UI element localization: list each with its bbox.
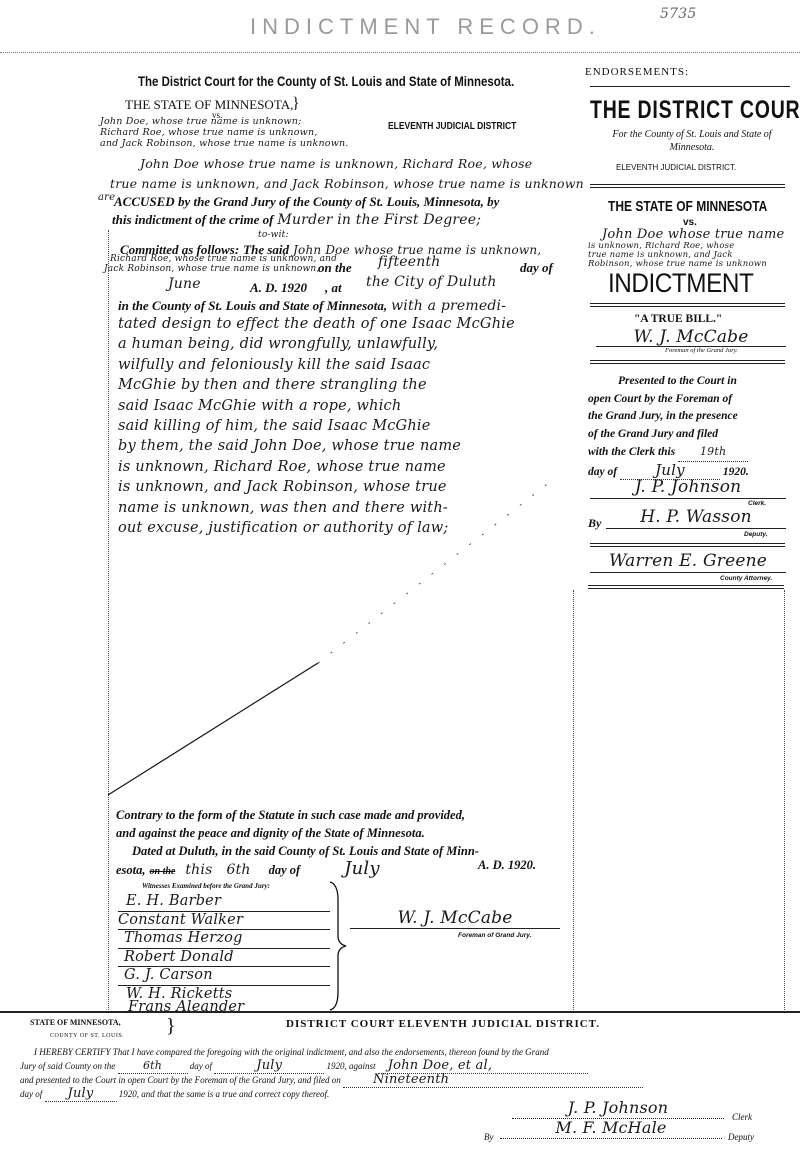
district-label-right: ELEVENTH JUDICIAL DISTRICT. — [616, 163, 736, 172]
cert-filed-day-handwritten: Nineteenth — [343, 1073, 643, 1088]
place-handwritten: the City of Duluth — [366, 274, 497, 290]
county-text: in the County of St. Louis and State of … — [118, 298, 387, 313]
true-bill-foreman-signature: W. J. McCabe — [596, 328, 786, 347]
indictment-title: INDICTMENT — [608, 268, 753, 299]
witness-name: Constant Walker — [118, 912, 330, 931]
defendant-handwritten-3: Jack Robinson, whose true name is unknow… — [104, 264, 319, 274]
day-of: day of — [520, 258, 553, 278]
witness-brace — [326, 880, 350, 1012]
cert-line4-prefix: day of — [20, 1089, 42, 1099]
presented-line: open Court by the Foreman of — [588, 391, 793, 409]
cert-line-1: I HEREBY CERTIFY That I have compared th… — [20, 1045, 790, 1059]
accused-text: ACCUSED by the Grand Jury of the County … — [114, 192, 499, 212]
witness-name: Thomas Herzog — [118, 930, 330, 949]
dated-this: this — [185, 862, 212, 878]
margin-are: are — [98, 192, 115, 203]
defendants-handwritten-right: John Doe whose true name is unknown, Ric… — [588, 228, 800, 269]
endorse-margin-right — [784, 590, 785, 1010]
deputy-signature: H. P. Wasson — [606, 506, 786, 529]
endorse-divider — [588, 585, 784, 589]
defendant-line: John Doe whose true name — [588, 228, 800, 242]
district-label: ELEVENTH JUDICIAL DISTRICT — [388, 121, 516, 132]
witness-name: Frans Aleander — [118, 999, 330, 1017]
record-title: INDICTMENT RECORD. — [250, 14, 601, 40]
endorse-divider — [590, 86, 790, 87]
presented-line: Presented to the Court in — [588, 373, 793, 391]
at-label: , at — [325, 278, 342, 298]
certificate-divider — [0, 1011, 800, 1013]
defendant-handwritten-2: Richard Roe, whose true name is unknown,… — [110, 254, 337, 264]
cert-line2-prefix: Jury of said County on the — [20, 1061, 115, 1071]
presented-line: of the Grand Jury and filed — [588, 426, 793, 444]
narrative-line: tated design to effect the death of one … — [118, 314, 558, 334]
narrative-line: said Isaac McGhie with a rope, which — [118, 396, 558, 416]
narrative-line: McGhie by then and there strangling the — [118, 375, 558, 395]
cert-year: 1920 — [327, 1061, 345, 1071]
crime-handwritten: Murder in the First Degree; — [277, 212, 481, 228]
dated-line-2: esota, on the this 6th day of July A. D.… — [116, 858, 556, 879]
endorse-divider — [590, 303, 785, 307]
endorse-divider — [590, 184, 785, 188]
cert-month-handwritten: July — [214, 1059, 324, 1074]
cert-by-label: By — [484, 1130, 494, 1144]
cert-line-3: and presented to the Court in open Court… — [20, 1073, 790, 1088]
district-court-title: THE DISTRICT COURT, — [590, 96, 800, 125]
cert-filed-year: 1920 — [119, 1089, 137, 1099]
true-bill-label: "A TRUE BILL." — [634, 313, 722, 325]
with-clerk-label: with the Clerk this — [588, 446, 675, 458]
cert-heading: DISTRICT COURT ELEVENTH JUDICIAL DISTRIC… — [286, 1018, 600, 1030]
cert-filed-month-handwritten: July — [45, 1087, 117, 1102]
dated-day-of: day of — [269, 863, 301, 877]
clerk-day-handwritten: 19th — [678, 443, 748, 462]
narrative-line: by them, the said John Doe, whose true n… — [118, 436, 558, 456]
state-of-minnesota-right: THE STATE OF MINNESOTA — [608, 198, 767, 215]
dated-year: A. D. 1920. — [478, 858, 536, 873]
presented-paragraph: Presented to the Court in open Court by … — [588, 373, 793, 481]
endorse-margin-left — [573, 590, 574, 1010]
witness-name: Robert Donald — [118, 949, 330, 968]
foreman-signature: W. J. McCabe — [350, 908, 560, 929]
cert-against: , against — [345, 1061, 376, 1071]
cert-state: STATE OF MINNESOTA, — [30, 1018, 121, 1027]
foreman-label: Foreman of Grand Jury. — [458, 932, 531, 939]
cancellation-diagonal-line — [100, 470, 570, 805]
cert-line4-suffix: , and that the same is a true and correc… — [137, 1089, 330, 1099]
witnesses-label: Witnesses Examined before the Grand Jury… — [142, 882, 270, 890]
endorse-divider — [590, 543, 785, 547]
cert-clerk-signature: J. P. Johnson — [512, 1098, 724, 1119]
day-handwritten: fifteenth — [378, 254, 441, 270]
cert-deputy-label: Deputy — [728, 1130, 754, 1144]
cert-deputy-signature: M. F. McHale — [500, 1118, 722, 1139]
endorsements-title: ENDORSEMENTS: — [585, 66, 689, 78]
county-line: in the County of St. Louis and State of … — [118, 296, 506, 316]
for-county: For the County of St. Louis and State of… — [592, 128, 792, 154]
county-attorney-signature: Warren E. Greene — [590, 550, 786, 573]
dated-month-handwritten: July — [344, 858, 380, 879]
dated-day-handwritten: 6th — [226, 862, 250, 878]
cert-text-1: I HEREBY CERTIFY That I have compared th… — [20, 1047, 549, 1057]
narrative-line: wilfully and feloniously kill the said I… — [118, 355, 558, 375]
defendant-line: John Doe, whose true name is unknown; — [100, 116, 390, 127]
court-heading: The District Court for the County of St.… — [138, 74, 514, 89]
county-attorney-label: County Attorney. — [720, 575, 772, 582]
narrative-line: with a premedi- — [391, 298, 506, 314]
cert-line3-prefix: and presented to the Court in open Court… — [20, 1075, 341, 1085]
ad-year: A. D. 1920 — [250, 278, 307, 298]
defendant-line: and Jack Robinson, whose true name is un… — [100, 138, 390, 149]
presented-line: the Grand Jury, in the presence — [588, 408, 793, 426]
crime-line: this indictment of the crime of Murder i… — [112, 210, 481, 230]
cert-county: COUNTY OF ST. LOUIS. — [50, 1033, 124, 1039]
crime-prefix: this indictment of the crime of — [112, 212, 273, 227]
clerk-signature: J. P. Johnson — [590, 476, 786, 499]
to-wit: to-wit: — [258, 230, 289, 240]
true-bill-foreman-label: Foreman of the Grand Jury. — [665, 347, 738, 354]
brace: } — [292, 95, 300, 113]
contrary-line-1: Contrary to the form of the Statute in s… — [116, 805, 465, 825]
cert-brace: } — [166, 1016, 176, 1036]
endorse-divider — [590, 360, 785, 364]
state-of-minnesota-label: THE STATE OF MINNESOTA, — [125, 97, 293, 113]
cert-day-of: day of — [190, 1061, 212, 1071]
accused-handwritten-line-2: true name is unknown, and Jack Robinson,… — [110, 176, 584, 191]
dated-struck: on the — [150, 866, 176, 877]
defendants-caption: John Doe, whose true name is unknown; Ri… — [100, 116, 390, 149]
deputy-label: Deputy. — [744, 531, 768, 538]
by-label: By — [588, 516, 601, 531]
on-the: on the — [318, 258, 352, 278]
narrative-line: a human being, did wrongfully, unlawfull… — [118, 334, 558, 354]
top-divider — [0, 52, 800, 53]
witness-name: G. J. Carson — [118, 967, 330, 986]
witness-name: E. H. Barber — [118, 893, 330, 912]
record-number: 5735 — [660, 6, 696, 22]
month-handwritten: June — [168, 276, 201, 292]
accused-handwritten-line-1: John Doe whose true name is unknown, Ric… — [140, 156, 532, 171]
witness-list: E. H. Barber Constant Walker Thomas Herz… — [118, 893, 330, 1017]
defendant-line: Richard Roe, whose true name is unknown, — [100, 127, 390, 138]
narrative-line: said killing of him, the said Isaac McGh… — [118, 416, 558, 436]
contrary-line-2: and against the peace and dignity of the… — [116, 823, 425, 843]
cert-day-handwritten: 6th — [118, 1059, 188, 1074]
with-clerk-line: with the Clerk this 19th — [588, 443, 793, 462]
dated-prefix: esota, — [116, 863, 146, 877]
cert-clerk-label: Clerk — [732, 1110, 752, 1124]
